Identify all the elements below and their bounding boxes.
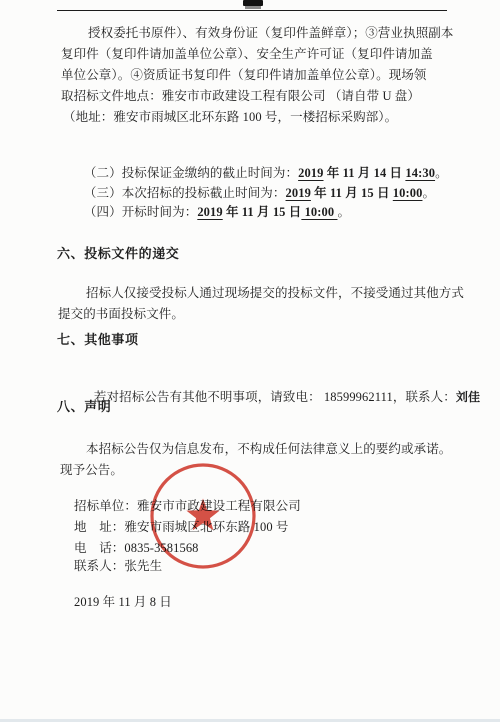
paragraph-line: （地址：雅安市雨城区北环东路 100 号，一楼招标采购部）。 [63,110,397,125]
deadline-label: （四）开标时间为： [84,205,197,219]
section-six-heading: 六、投标文件的递交 [57,246,179,261]
paragraph-line: 复印件（复印件请加盖单位公章）、安全生产许可证（复印件请加盖 [61,47,433,62]
section-seven-heading: 七、其他事项 [57,332,139,347]
deadline-end: 。 [337,205,350,219]
scanned-document-page: 授权委托书原件）、有效身份证（复印件盖鲜章）；③营业执照副本 复印件（复印件请加… [0,0,500,722]
company-seal-stamp: 雅安市市政建设工程有限公司 5625027427 [147,460,259,572]
deadline-item-4: （四）开标时间为：2019 年 11 月 15 日 10:00 。 [71,190,350,235]
seal-star-icon [186,499,219,531]
deadline-end: 。 [435,166,448,180]
page-marker-shadow [245,6,261,9]
seal-serial-number: 5625027427 [181,534,231,552]
deadline-datetime: 2019 年 11 月 15 日 10:00 [197,205,337,219]
document-date: 2019 年 11 月 8 日 [74,595,172,610]
paragraph-line: 取招标文件地点：雅安市市政建设工程有限公司 （请自带 U 盘） [61,89,420,104]
section-six-body-line: 招标人仅接受投标人通过现场提交的投标文件，不接受通过其他方式 [86,286,464,301]
section-six-body-line: 提交的书面投标文件。 [58,307,184,322]
note-text: 若对招标公告有其他不明事项，请致电： 18599962111，联系人： [94,390,456,404]
contact-name: 刘佳 [456,390,480,404]
paragraph-line: 授权委托书原件）、有效身份证（复印件盖鲜章）；③营业执照副本 [88,26,454,41]
section-eight-body-line: 本招标公告仅为信息发布，不构成任何法律意义上的要约或承诺。 [86,442,451,457]
paragraph-line: 单位公章）。④资质证书复印件（复印件请加盖单位公章）。现场领 [61,68,427,83]
section-seven-note: 若对招标公告有其他不明事项，请致电： 18599962111，联系人：刘佳 [81,375,480,420]
section-eight-body-line: 现予公告。 [60,463,123,478]
header-rule [57,10,447,11]
deadline-end: 。 [422,186,435,200]
section-eight-heading: 八、声明 [57,399,111,414]
